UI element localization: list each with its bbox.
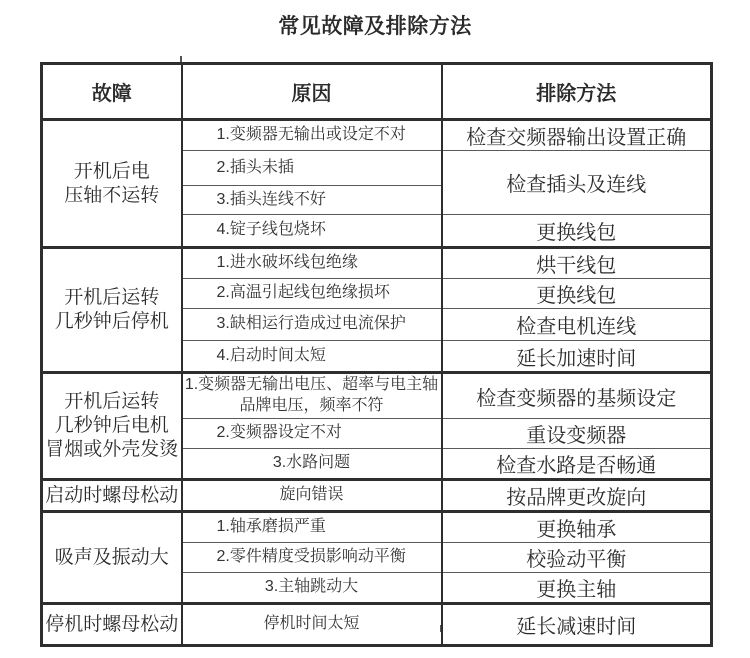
cause-cell: 2.插头未插 [182, 151, 442, 186]
remedy-cell: 更换轴承 [442, 512, 712, 543]
cause-cell: 2.零件精度受损影响动平衡 [182, 543, 442, 573]
remedy-cell: 检查电机连线 [442, 309, 712, 341]
remedy-cell: 延长加速时间 [442, 341, 712, 373]
remedy-cell: 检查交频器输出设置正确 [442, 120, 712, 151]
cause-cell: 2.高温引起线包绝缘损坏 [182, 279, 442, 309]
cause-cell: 3.水路问题 [182, 449, 442, 480]
remedy-cell: 检查水路是否畅通 [442, 449, 712, 480]
cause-cell: 4.锭子线包烧坏 [182, 215, 442, 248]
header-cause: 原因 [182, 64, 442, 120]
fault-cell: 停机时螺母松动 [42, 604, 182, 646]
fault-cell: 吸声及振动大 [42, 512, 182, 604]
fault-cell: 启动时螺母松动 [42, 480, 182, 512]
remedy-cell: 重设变频器 [442, 419, 712, 449]
remedy-cell: 延长减速时间 [442, 604, 712, 646]
remedy-cell: 检查变频器的基频设定 [442, 373, 712, 419]
cause-cell: 1.变频器无输出电压、超率与电主轴 品牌电压，频率不符 [182, 373, 442, 419]
cause-cell: 停机时间太短 [182, 604, 442, 646]
remedy-cell: 更换主轴 [442, 573, 712, 604]
cause-cell: 1.轴承磨损严重 [182, 512, 442, 543]
fault-cell: 开机后电 压轴不运转 [42, 120, 182, 248]
cause-cell: 3.插头连线不好 [182, 186, 442, 215]
fault-cell: 开机后运转 几秒钟后停机 [42, 248, 182, 373]
fault-cell: 开机后运转 几秒钟后电机 冒烟或外壳发烫 [42, 373, 182, 480]
cause-cell: 3.主轴跳动大 [182, 573, 442, 604]
cause-cell: 3.缺相运行造成过电流保护 [182, 309, 442, 341]
cause-cell: 4.启动时间太短 [182, 341, 442, 373]
remedy-cell: 检查插头及连线 [442, 151, 712, 215]
cause-cell: 1.进水破坏线包绝缘 [182, 248, 442, 279]
page-title: 常见故障及排除方法 [0, 10, 750, 40]
header-remedy: 排除方法 [442, 64, 712, 120]
remedy-cell: 按品牌更改旋向 [442, 480, 712, 512]
header-fault: 故障 [42, 64, 182, 120]
cause-cell: 2.变频器设定不对 [182, 419, 442, 449]
cause-cell: 1.变频器无输出或设定不对 [182, 120, 442, 151]
remedy-cell: 烘干线包 [442, 248, 712, 279]
remedy-cell: 更换线包 [442, 215, 712, 248]
faults-table: 故障 原因 排除方法 开机后电 压轴不运转 1.变频器无输出或设定不对 检查交频… [40, 62, 713, 647]
page: 常见故障及排除方法 故障 原因 排除方法 开机后电 压轴不运转 1.变频器无输出… [0, 0, 750, 658]
cause-cell: 旋向错误 [182, 480, 442, 512]
remedy-cell: 更换线包 [442, 279, 712, 309]
remedy-cell: 校验动平衡 [442, 543, 712, 573]
